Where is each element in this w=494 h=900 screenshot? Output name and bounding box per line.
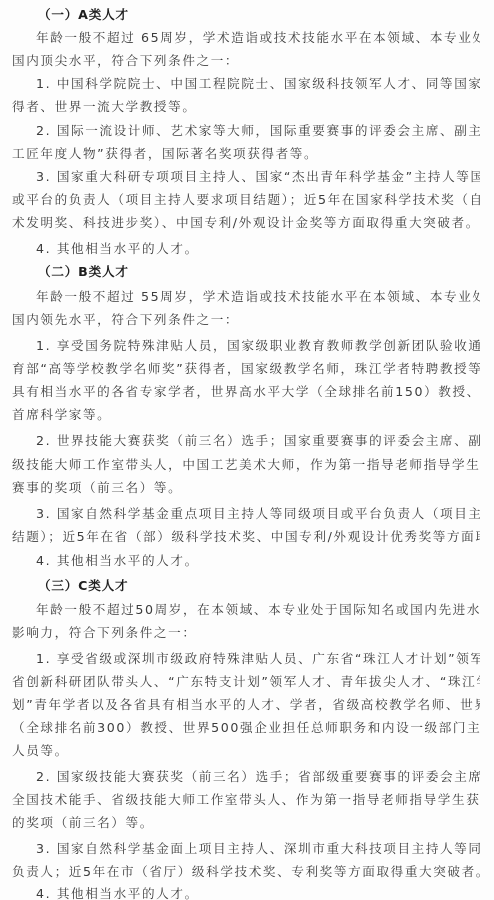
section-a-line: 国内顶尖水平，符合下列条件之一： [12,50,480,72]
section-a-line: 得者、世界一流大学教授等。 [12,96,480,118]
section-b-line: 赛事的奖项（前三名）等。 [12,477,480,499]
section-b-line: 1. 享受国务院特殊津贴人员，国家级职业教育教师教学创新团队验收通过负责人，教 [36,335,480,357]
section-c-line: 省创新科研团队带头人、“广东特支计划”领军人才、青年拔尖人才、“珠江学者岗位计 [12,671,480,693]
section-b-line: 具有相当水平的各省专家学者，世界高水平大学（全球排名前150）教授、世界500强… [12,381,480,403]
section-a-line: 年龄一般不超过 65周岁，学术造诣或技术技能水平在本领域、本专业处于世界一流或 [36,27,480,49]
section-a-line: 1. 中国科学院院士、中国工程院院士、国家级科技领军人才、同等国家级人才称号获 [36,73,480,95]
section-a-line: 4. 其他相当水平的人才。 [36,238,480,260]
section-a-line: 3. 国家重大科研专项项目主持人、国家“杰出青年科学基金”主持人等国家重大项目 [36,166,480,188]
section-c-line: 全国技术能手、省级技能大师工作室带头人、作为第一指导老师指导学生获得国家级赛事 [12,789,480,811]
section-b-line: 级技能大师工作室带头人，中国工艺美术大师，作为第一指导老师指导学生获得国际重要 [12,454,480,476]
section-c-line: 的奖项（前三名）等。 [12,812,480,834]
document-page: （一）A类人才 年龄一般不超过 65周岁，学术造诣或技术技能水平在本领域、本专业… [0,0,494,900]
section-b-line: 4. 其他相当水平的人才。 [36,550,480,572]
section-a-line: 术发明奖、科技进步奖）、中国专利/外观设计金奖等方面取得重大突破者。 [12,212,480,234]
section-heading-a: （一）A类人才 [38,4,494,26]
section-c-line: 1. 享受省级或深圳市级政府特殊津贴人员、广东省“珠江人才计划”领军人才、广东 [36,648,480,670]
section-b-line: 国内领先水平，符合下列条件之一： [12,309,480,331]
section-b-line: 年龄一般不超过 55周岁，学术造诣或技术技能水平在本领域、本专业处于国际先进或 [36,286,480,308]
section-c-line: 负责人；近5年在市（省厅）级科学技术奖、专利奖等方面取得重大突破者。 [12,861,480,883]
section-c-line: 4. 其他相当水平的人才。 [36,883,480,900]
section-a-line: 2. 国际一流设计师、艺术家等大师，国际重要赛事的评委会主席、副主席等，“大国 [36,120,480,142]
section-c-line: 人员等。 [12,740,480,762]
section-heading-b: （二）B类人才 [38,261,494,283]
section-b-line: 3. 国家自然科学基金重点项目主持人等同级项目或平台负责人（项目主持人要求项目 [36,503,480,525]
section-b-line: 育部“高等学校教学名师奖”获得者，国家级教学名师，珠江学者特聘教授等与珠江学者 [12,358,480,380]
section-c-line: 2. 国家级技能大赛获奖（前三名）选手；省部级重要赛事的评委会主席、副主席等、 [36,766,480,788]
section-c-line: 年龄一般不超过50周岁，在本领域、本专业处于国际知名或国内先进水平，具有较大 [36,599,480,621]
section-heading-c: （三）C类人才 [38,575,494,597]
section-c-line: 划”青年学者以及各省具有相当水平的人才、学者，省级高校教学名师、世界高水平大学 [12,694,480,716]
section-b-line: 2. 世界技能大赛获奖（前三名）选手；国家重要赛事的评委会主席、副主席等，国家 [36,430,480,452]
section-b-line: 结题）；近5年在省（部）级科学技术奖、中国专利/外观设计优秀奖等方面取得突破者。 [12,526,480,548]
section-a-line: 或平台的负责人（项目主持人要求项目结题）；近5年在国家科学技术奖（自然科学奖、技 [12,189,480,211]
section-c-line: 3. 国家自然科学基金面上项目主持人、深圳市重大科技项目主持人等同级项目或平台 [36,838,480,860]
section-c-line: 影响力，符合下列条件之一： [12,622,480,644]
section-c-line: （全球排名前300）教授、世界500强企业担任总师职务和内设一级部门主要负责人等… [12,717,480,739]
section-b-line: 首席科学家等。 [12,404,480,426]
section-a-line: 工匠年度人物”获得者，国际著名奖项获得者等。 [12,143,480,165]
